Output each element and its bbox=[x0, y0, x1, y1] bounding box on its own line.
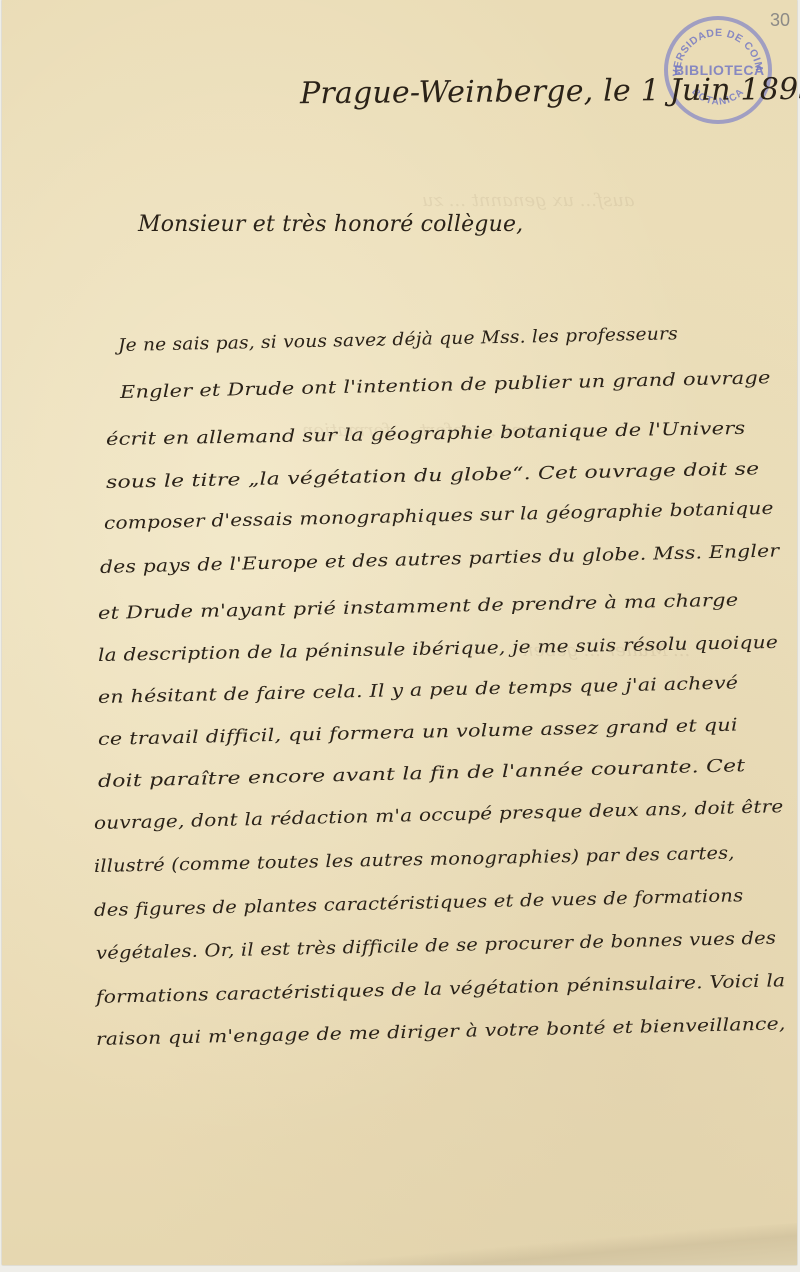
body-line: raison qui m'engage de me diriger à votr… bbox=[96, 1014, 786, 1050]
body-line: Engler et Drude ont l'intention de publi… bbox=[120, 368, 771, 403]
salutation: Monsieur et très honoré collègue, bbox=[138, 212, 523, 237]
body-line: illustré (comme toutes les autres monogr… bbox=[94, 844, 735, 877]
body-line: ouvrage, dont la rédaction m'a occupé pr… bbox=[94, 797, 784, 834]
body-line: et Drude m'ayant prié instamment de pren… bbox=[98, 591, 739, 624]
body-line: la description de la péninsule ibérique,… bbox=[98, 633, 778, 666]
folded-corner bbox=[152, 1223, 797, 1265]
letter-page: ausf... ux genannt ... zu ganz ... sofor… bbox=[2, 0, 797, 1265]
body-line: des pays de l'Europe et des autres parti… bbox=[100, 541, 780, 578]
body-line: végétales. Or, il est très difficile de … bbox=[96, 929, 777, 964]
page-number: 30 bbox=[770, 10, 790, 31]
dateline: Prague-Weinberge, le 1 Juin 1895. bbox=[300, 72, 800, 112]
body-line: en hésitant de faire cela. Il y a peu de… bbox=[98, 673, 739, 708]
body-line: ce travail difficil, qui formera un volu… bbox=[98, 715, 738, 750]
body-line: formations caractéristiques de la végéta… bbox=[96, 971, 786, 1008]
body-line: Je ne sais pas, si vous savez déjà que M… bbox=[118, 324, 678, 356]
body-line: sous le titre „la végétation du globe“. … bbox=[106, 459, 760, 493]
body-line: écrit en allemand sur la géographie bota… bbox=[106, 419, 746, 450]
body-line: composer d'essais monographiques sur la … bbox=[104, 499, 774, 534]
body-line: doit paraître encore avant la fin de l'a… bbox=[98, 756, 746, 792]
body-line: des figures de plantes caractéristiques … bbox=[94, 886, 744, 921]
bleed-through-text: ausf... ux genannt ... zu bbox=[422, 190, 635, 211]
